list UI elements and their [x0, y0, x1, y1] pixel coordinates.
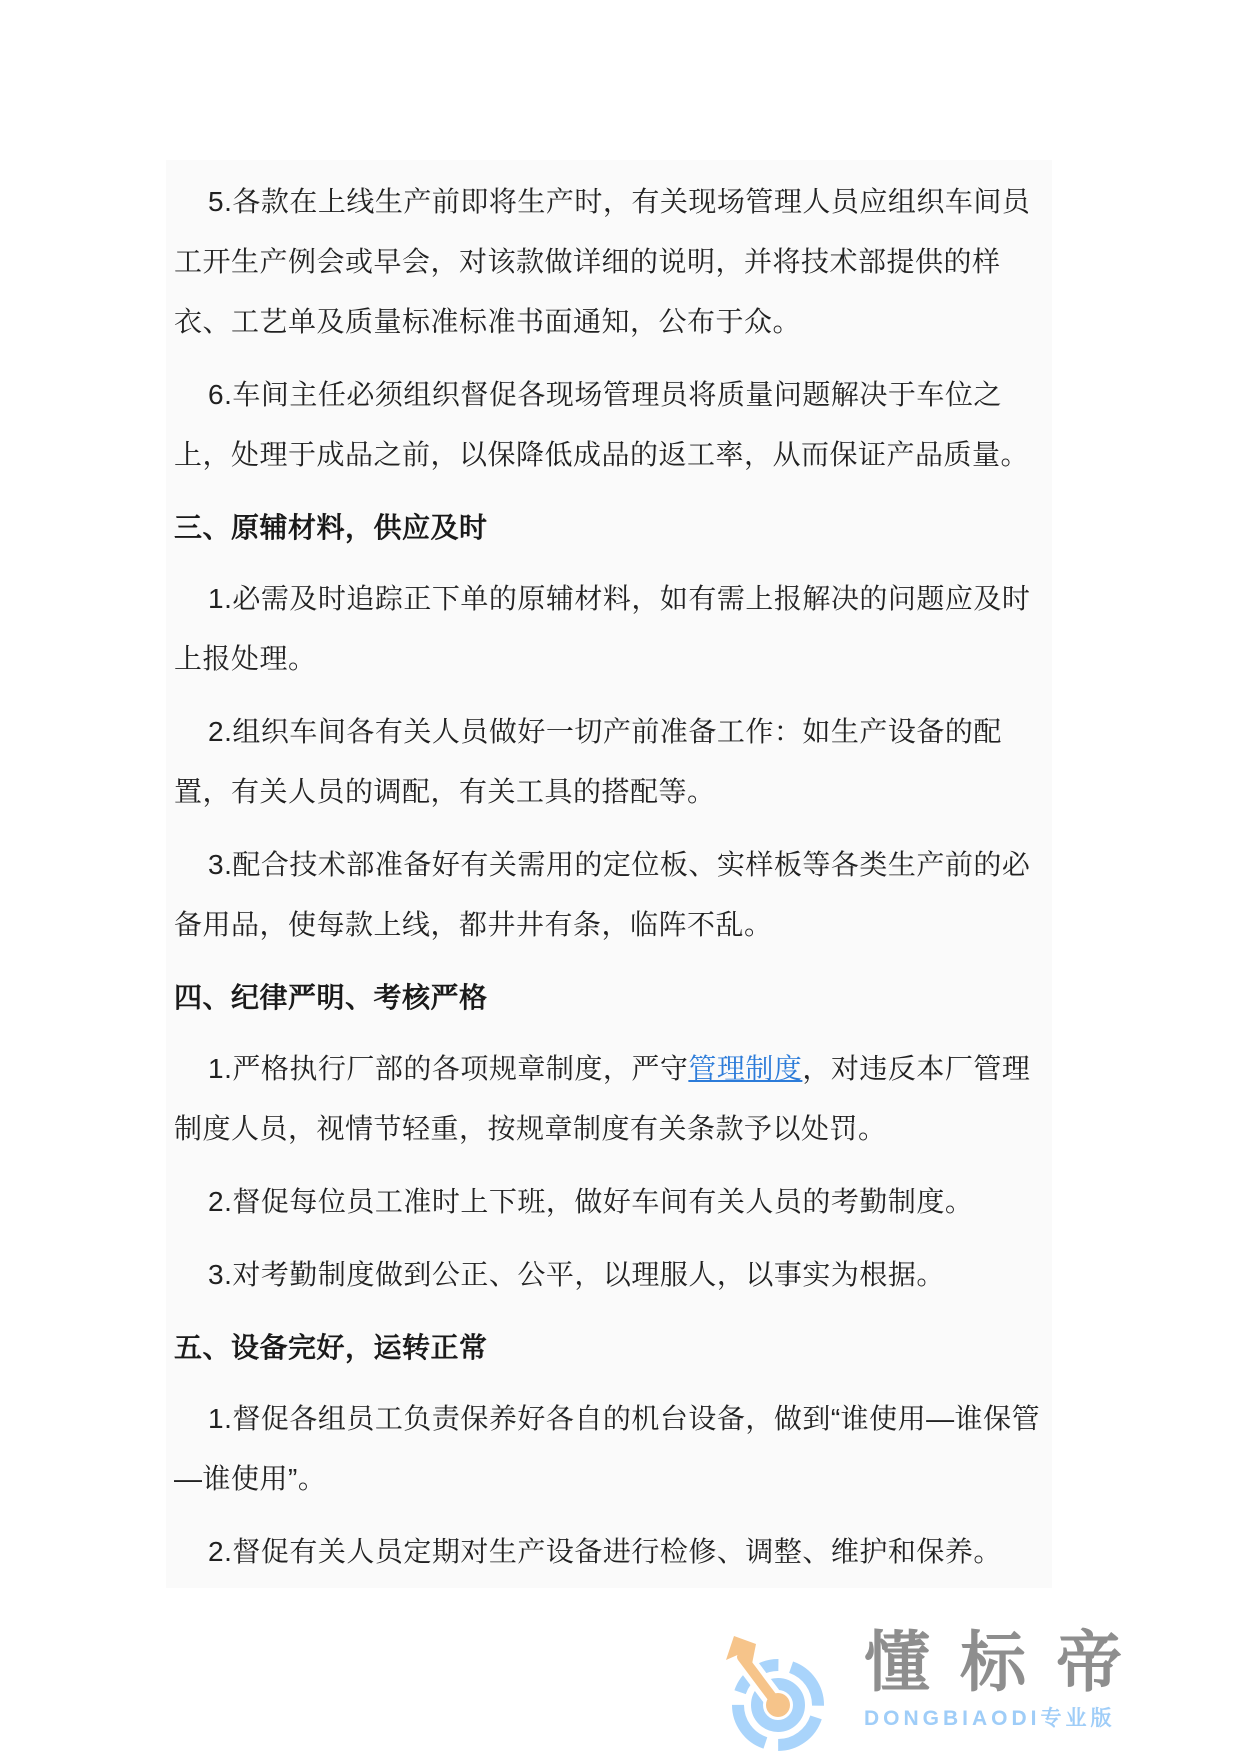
paragraph: 6.车间主任必须组织督促各现场管理员将质量问题解决于车位之上，处理于成品之前，以…: [174, 365, 1044, 485]
paragraph: 2.督促有关人员定期对生产设备进行检修、调整、维护和保养。: [174, 1522, 1044, 1582]
text-run: 3.对考勤制度做到公正、公平，以理服人，以事实为根据。: [208, 1259, 945, 1290]
paragraph: 1.督促各组员工负责保养好各自的机台设备，做到“谁使用—谁保管—谁使用”。: [174, 1389, 1044, 1509]
watermark: 懂标帝 DONGBIAODI专业版: [722, 1628, 1152, 1754]
paragraph: 1.必需及时追踪正下单的原辅材料，如有需上报解决的问题应及时上报处理。: [174, 569, 1044, 689]
text-run: 三、原辅材料，供应及时: [174, 512, 488, 543]
text-run: 2.督促有关人员定期对生产设备进行检修、调整、维护和保养。: [208, 1536, 1002, 1567]
text-run: 3.配合技术部准备好有关需用的定位板、实样板等各类生产前的必备用品，使每款上线，…: [174, 849, 1030, 940]
section-heading: 四、纪律严明、考核严格: [174, 968, 1044, 1028]
text-run: 2.督促每位员工准时上下班，做好车间有关人员的考勤制度。: [208, 1186, 973, 1217]
brand-subtitle: DONGBIAODI专业版: [864, 1702, 1152, 1732]
section-heading: 三、原辅材料，供应及时: [174, 498, 1044, 558]
document-page: { "page": { "background": "#ffffff", "co…: [0, 0, 1241, 1754]
inline-link[interactable]: 管理制度: [688, 1053, 802, 1084]
paragraph: 2.组织车间各有关人员做好一切产前准备工作：如生产设备的配置，有关人员的调配，有…: [174, 702, 1044, 822]
paragraph: 3.配合技术部准备好有关需用的定位板、实样板等各类生产前的必备用品，使每款上线，…: [174, 835, 1044, 955]
target-dart-icon: [722, 1634, 834, 1754]
paragraph: 3.对考勤制度做到公正、公平，以理服人，以事实为根据。: [174, 1245, 1044, 1305]
paragraph: 5.各款在上线生产前即将生产时，有关现场管理人员应组织车间员工开生产例会或早会，…: [174, 172, 1044, 352]
text-run: 1.严格执行厂部的各项规章制度，严守: [208, 1053, 688, 1084]
text-run: 6.车间主任必须组织督促各现场管理员将质量问题解决于车位之上，处理于成品之前，以…: [174, 379, 1029, 470]
document-body: 5.各款在上线生产前即将生产时，有关现场管理人员应组织车间员工开生产例会或早会，…: [166, 160, 1052, 1588]
paragraph: 2.督促每位员工准时上下班，做好车间有关人员的考勤制度。: [174, 1172, 1044, 1232]
text-run: 5.各款在上线生产前即将生产时，有关现场管理人员应组织车间员工开生产例会或早会，…: [174, 186, 1030, 337]
text-run: 四、纪律严明、考核严格: [174, 982, 488, 1013]
section-heading: 五、设备完好，运转正常: [174, 1318, 1044, 1378]
brand-name: 懂标帝: [864, 1628, 1152, 1697]
brand-text: 懂标帝 DONGBIAODI专业版: [864, 1628, 1152, 1732]
text-run: 1.督促各组员工负责保养好各自的机台设备，做到“谁使用—谁保管—谁使用”。: [174, 1403, 1040, 1494]
paragraph: 1.严格执行厂部的各项规章制度，严守管理制度，对违反本厂管理制度人员，视情节轻重…: [174, 1039, 1044, 1159]
text-run: 2.组织车间各有关人员做好一切产前准备工作：如生产设备的配置，有关人员的调配，有…: [174, 716, 1002, 807]
text-run: 五、设备完好，运转正常: [174, 1332, 488, 1363]
text-run: 1.必需及时追踪正下单的原辅材料，如有需上报解决的问题应及时上报处理。: [174, 583, 1030, 674]
